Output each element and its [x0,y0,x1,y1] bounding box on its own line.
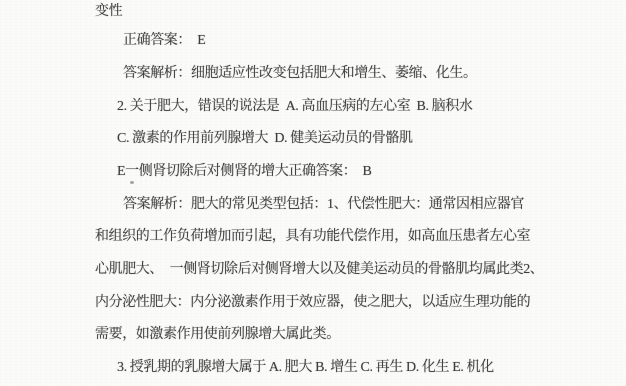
line-analysis-2-cont-3: 内分泌性肥大：内分泌激素作用于效应器，使之肥大，以适应生理功能的 [95,287,532,320]
scan-artifact-dot [130,181,134,184]
line-paragraph-continuation: 变性 [95,0,532,28]
scanned-document-page: { "page": { "background_color": "#fbfbfa… [0,0,626,386]
line-answer-analysis-1: 答案解析：细胞适应性改变包括肥大和增生、萎缩、化生。 [95,58,532,91]
line-answer-analysis-2: 答案解析：肥大的常见类型包括：1、代偿性肥大：通常因相应器官 [95,189,532,222]
document-text-block: 变性 正确答案： E 答案解析：细胞适应性改变包括肥大和增生、萎缩、化生。 2.… [95,0,532,385]
line-question-2-stem: 2. 关于肥大，错误的说法是 A. 高血压病的左心室 B. 脑积水 [95,91,532,124]
line-analysis-2-cont-4: 需要，如激素作用使前列腺增大属此类。 [95,319,532,352]
line-correct-answer-1: 正确答案： E [95,25,532,58]
line-analysis-2-cont-1: 和组织的工作负荷增加而引起，具有功能代偿作用，如高血压患者左心室 [95,221,532,254]
line-analysis-2-cont-2: 心肌肥大、 一侧肾切除后对侧肾增大以及健美运动员的骨骼肌均属此类2、 [95,254,532,287]
line-question-2-options-cd: C. 激素的作用前列腺增大 D. 健美运动员的骨骼肌 [95,123,532,156]
line-question-3-stem: 3. 授乳期的乳腺增大属于 A. 肥大 B. 增生 C. 再生 D. 化生 E.… [95,352,532,385]
line-question-2-option-e-answer: E一侧肾切除后对侧肾的增大正确答案： B [95,156,532,189]
